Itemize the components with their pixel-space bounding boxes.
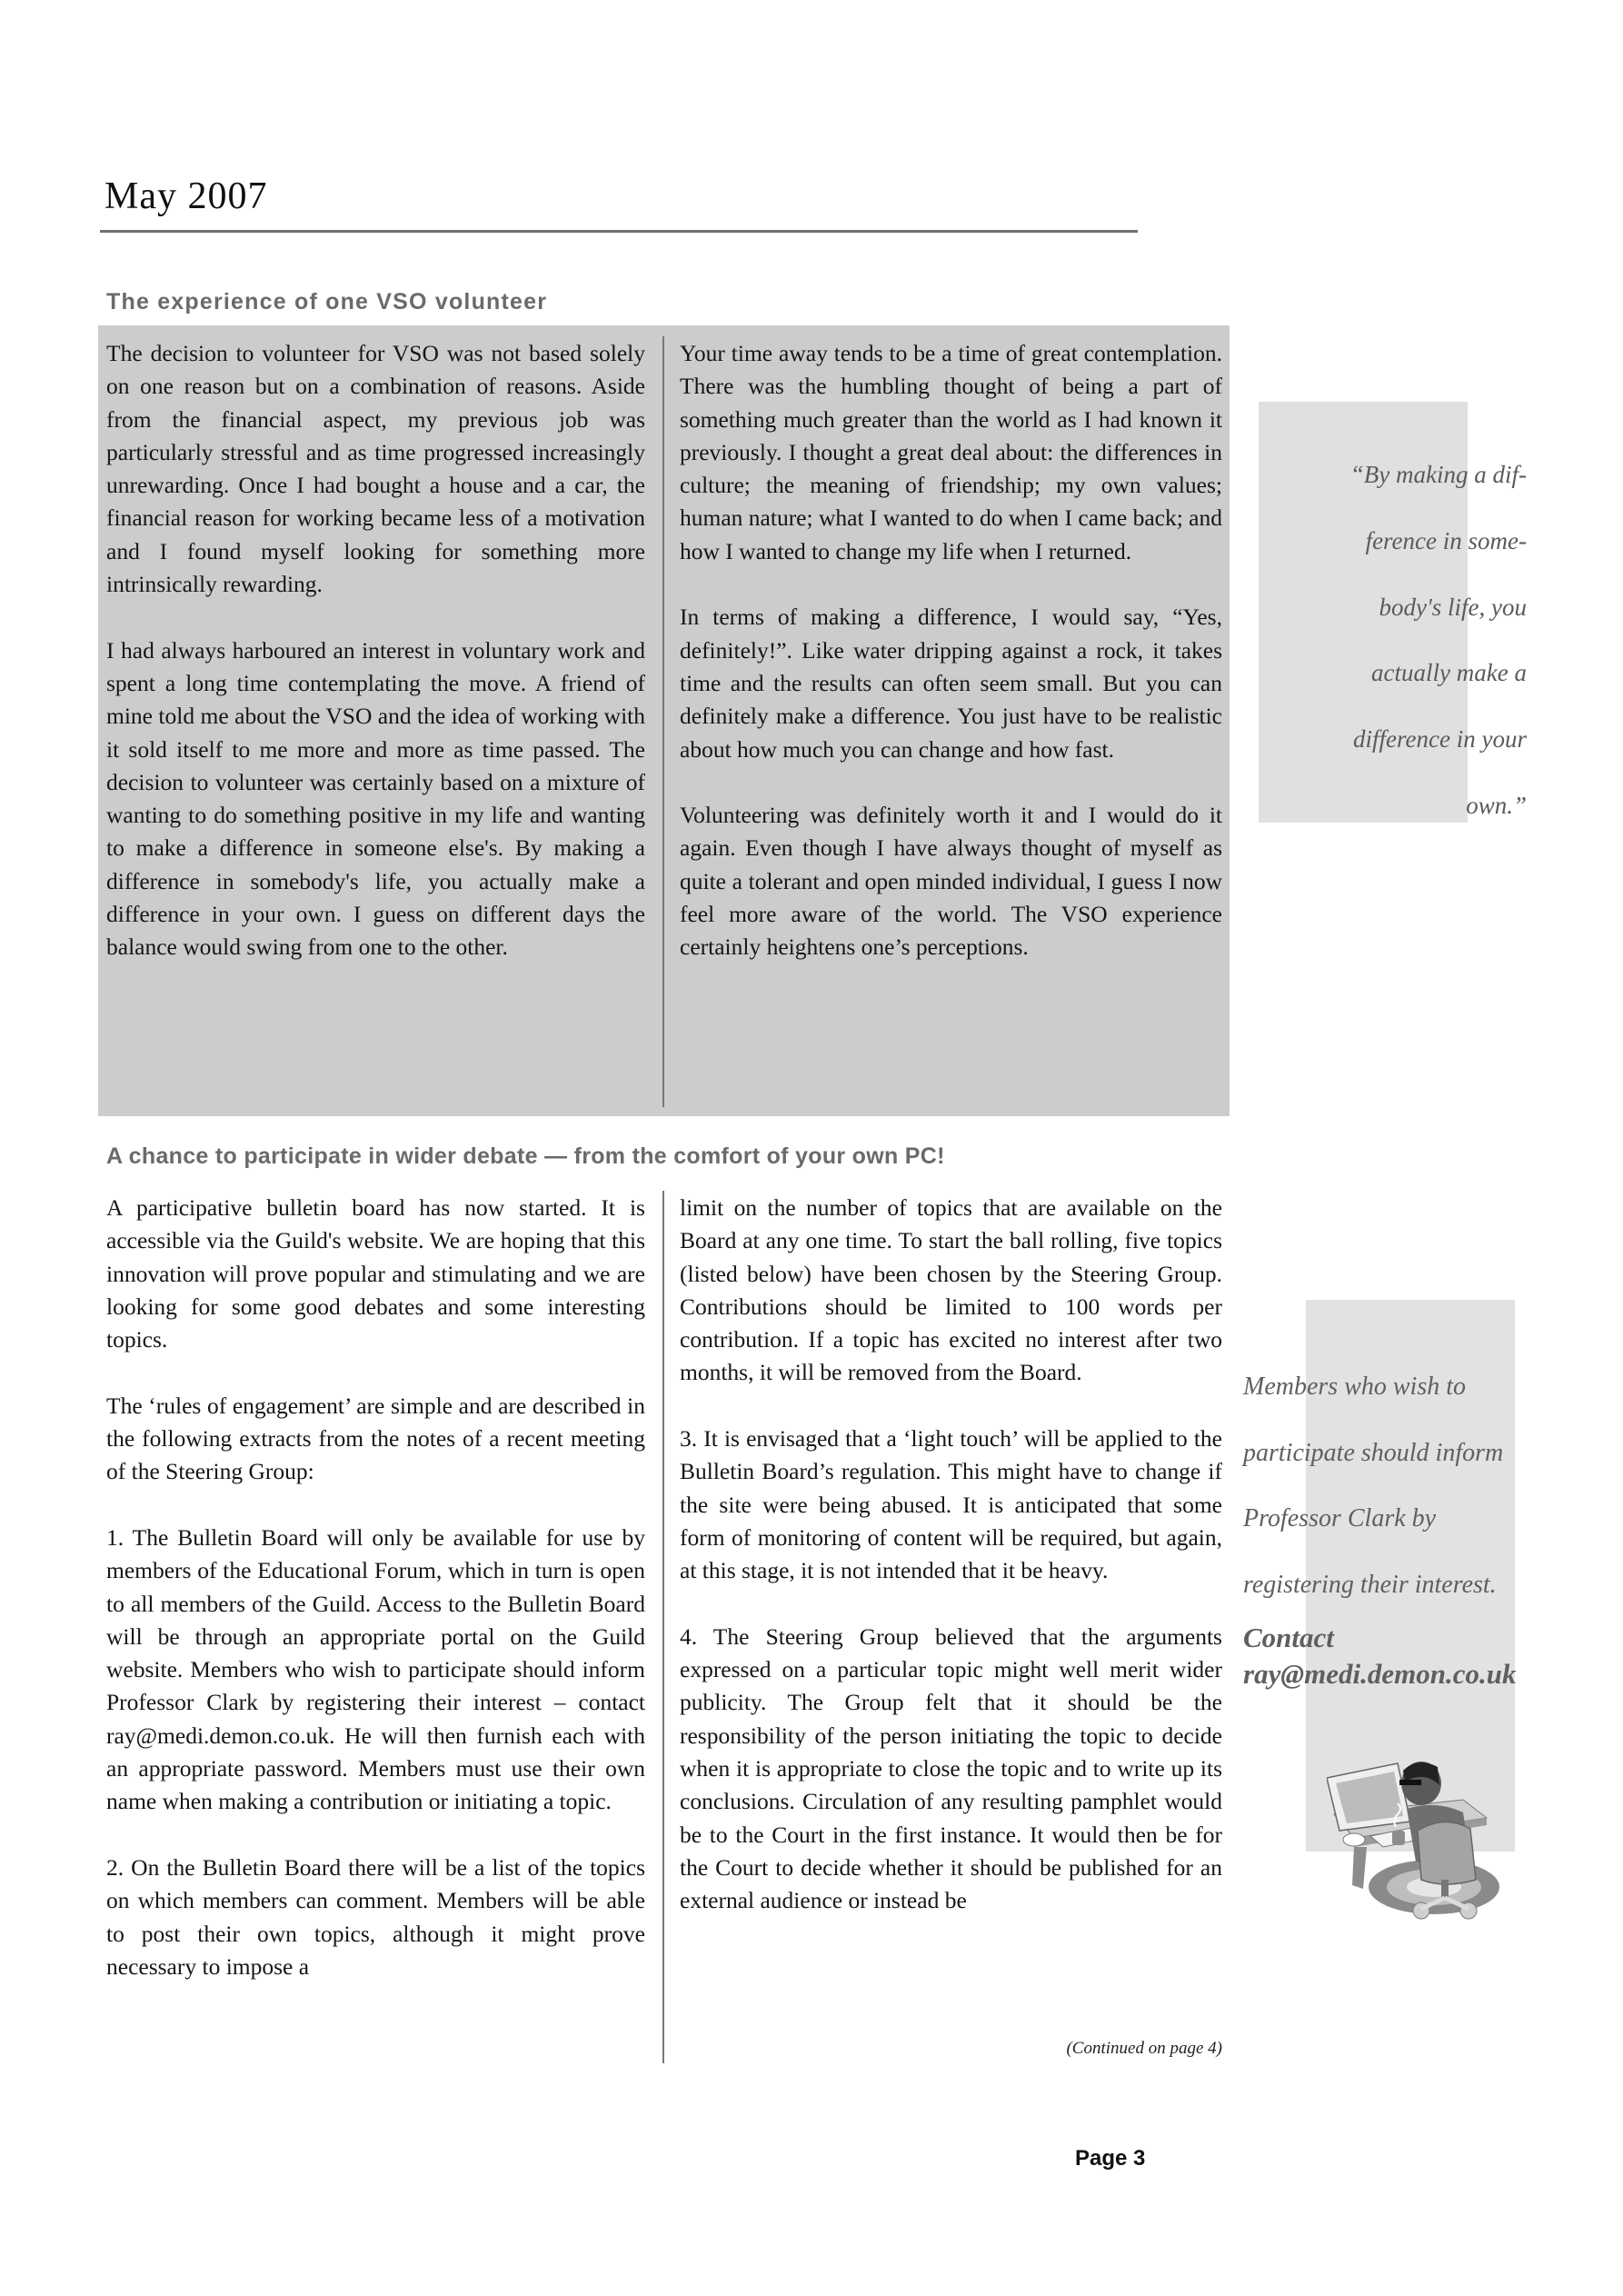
pull-quote-line: difference in your xyxy=(1240,706,1527,773)
paragraph: 2. On the Bulletin Board there will be a… xyxy=(106,1852,645,1983)
paragraph: The ‘rules of engagement’ are simple and… xyxy=(106,1390,645,1489)
sidebar-text: Members who wish to participate should i… xyxy=(1243,1354,1552,1618)
article-2-left-column: A participative bulletin board has now s… xyxy=(106,1192,645,1983)
paragraph: limit on the number of topics that are a… xyxy=(680,1192,1222,1390)
article-1-heading: The experience of one VSO volunteer xyxy=(106,289,547,315)
column-divider xyxy=(662,336,664,1107)
column-divider xyxy=(662,1191,664,2063)
person-at-computer-icon xyxy=(1327,1743,1508,1925)
paragraph: 4. The Steering Group believed that the … xyxy=(680,1621,1222,1918)
sidebar-line: registering their interest. xyxy=(1243,1552,1552,1619)
paragraph: 3. It is envisaged that a ‘light touch’ … xyxy=(680,1423,1222,1587)
header-rule xyxy=(100,230,1138,233)
page-number: Page 3 xyxy=(1075,2146,1145,2171)
article-2-right-column: limit on the number of topics that are a… xyxy=(680,1192,1222,1918)
continued-note: (Continued on page 4) xyxy=(909,2039,1222,2059)
contact-label: Contact xyxy=(1243,1620,1588,1656)
paragraph: Volunteering was definitely worth it and… xyxy=(680,799,1222,963)
article-2-heading: A chance to participate in wider debate … xyxy=(106,1143,945,1170)
sidebar-line: Members who wish to xyxy=(1243,1354,1552,1421)
article-1-left-column: The decision to volunteer for VSO was no… xyxy=(106,337,645,964)
article-1-right-column: Your time away tends to be a time of gre… xyxy=(680,337,1222,964)
pull-quote: “By making a dif- ference in some- body'… xyxy=(1240,442,1527,839)
paragraph: 1. The Bulletin Board will only be avail… xyxy=(106,1522,645,1819)
sidebar-line: participate should inform xyxy=(1243,1421,1552,1487)
paragraph: Your time away tends to be a time of gre… xyxy=(680,337,1222,568)
paragraph: In terms of making a difference, I would… xyxy=(680,601,1222,765)
sidebar-contact: Contact ray@medi.demon.co.uk xyxy=(1243,1620,1588,1692)
pull-quote-line: ference in some- xyxy=(1240,508,1527,574)
pull-quote-line: body's life, you xyxy=(1240,574,1527,641)
sidebar-line: Professor Clark by xyxy=(1243,1486,1552,1552)
pull-quote-line: own.” xyxy=(1240,773,1527,839)
pull-quote-line: actually make a xyxy=(1240,640,1527,706)
paragraph: I had always harboured an interest in vo… xyxy=(106,634,645,964)
issue-date: May 2007 xyxy=(105,175,268,218)
contact-email-link[interactable]: ray@medi.demon.co.uk xyxy=(1243,1656,1588,1692)
paragraph: A participative bulletin board has now s… xyxy=(106,1192,645,1356)
paragraph: The decision to volunteer for VSO was no… xyxy=(106,337,645,601)
pull-quote-line: “By making a dif- xyxy=(1240,442,1527,508)
